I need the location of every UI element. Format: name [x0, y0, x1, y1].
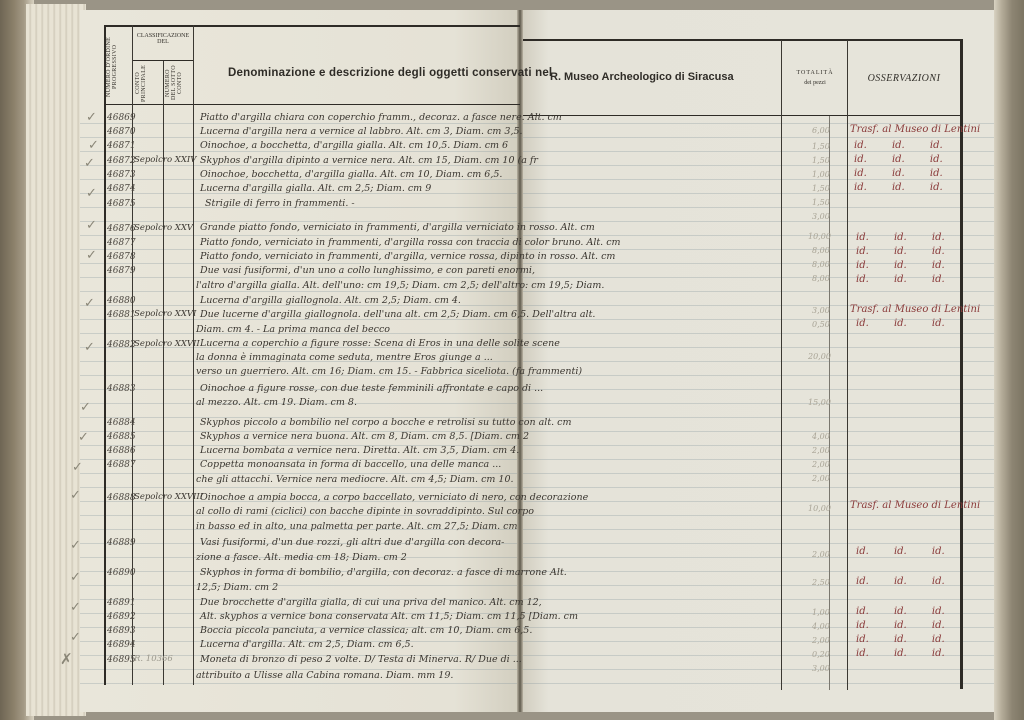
header-classificazione: Classificazione del [134, 33, 192, 45]
column-divider [163, 60, 164, 685]
observation-note: Trasf. al Museo di Lentini [850, 124, 980, 135]
entry-description: Diam. cm 4. - La prima manca del becco [196, 324, 390, 335]
observation-note: id. id. id. [856, 634, 945, 645]
entry-description: che gli attacchi. Vernice nera mediocre.… [196, 474, 514, 485]
observation-note: id. id. id. [856, 232, 945, 243]
observation-note: id. id. id. [856, 260, 945, 271]
check-mark-icon: ✓ [86, 248, 97, 263]
entry-number: 46894 [107, 640, 136, 650]
observation-note: id. id. id. [856, 576, 945, 587]
entry-description: Due brocchette d'argilla gialla, di cui … [200, 597, 542, 608]
header-totalita: TOTALITÀ [783, 70, 847, 76]
price-value: 0,20 [812, 650, 830, 659]
header-bottom-border [104, 104, 520, 105]
header-numero-sotto-conto: Numero del sotto conto [165, 64, 191, 102]
price-value: 4,00 [812, 432, 830, 441]
check-mark-icon: ✓ [72, 460, 83, 475]
price-value: 2,00 [812, 474, 830, 483]
observation-note: id. id. id. [856, 606, 945, 617]
price-value: 2,00 [812, 550, 830, 559]
page-title-left: Denominazione e descrizione degli oggett… [228, 67, 552, 79]
classification-divider [133, 60, 193, 61]
check-mark-icon: ✓ [84, 156, 95, 171]
entry-number: 46874 [107, 184, 136, 194]
observation-note: id. id. id. [854, 154, 943, 165]
check-mark-icon: ✓ [88, 138, 99, 153]
entry-description: Alt. skyphos a vernice bona conservata A… [200, 611, 578, 622]
header-osservazioni: OSSERVAZIONI [849, 73, 959, 84]
check-mark-icon: ✓ [70, 570, 81, 585]
table-left-border [104, 25, 106, 685]
column-divider [193, 25, 194, 685]
entry-description: Lucerna d'argilla. Alt. cm 2,5, Diam. cm… [200, 639, 414, 650]
observation-note: id. id. id. [856, 620, 945, 631]
entry-description: Piatto fondo, verniciato in frammenti, d… [200, 237, 621, 248]
check-mark-icon: ✓ [70, 488, 81, 503]
header-totalita-sub: dei pezzi [783, 80, 847, 86]
price-value: 1,50 [812, 156, 830, 165]
entry-number: 46893 [107, 626, 136, 636]
entry-description: al mezzo. Alt. cm 19. Diam. cm 8. [196, 397, 357, 408]
price-value: 6,00 [812, 126, 830, 135]
entry-number: 46883 [107, 384, 136, 394]
observation-note: id. id. id. [854, 168, 943, 179]
book-binding-right [994, 0, 1024, 720]
entry-description: Grande piatto fondo, verniciato in framm… [200, 222, 595, 233]
entry-description: Skyphos piccolo a bombilio nel corpo a b… [200, 417, 572, 428]
price-value: 8,00 [812, 260, 830, 269]
entry-description: verso un guerriero. Alt. cm 16; Diam. cm… [196, 366, 582, 377]
entry-number: 46871 [107, 141, 136, 151]
check-mark-icon: ✓ [84, 296, 95, 311]
entry-description: 12,5; Diam. cm 2 [196, 582, 278, 593]
entry-description: Lucerna bombata a vernice nera. Diretta.… [200, 445, 519, 456]
entry-description: Piatto fondo, verniciato in frammenti, d… [200, 251, 615, 262]
entry-number: 46888 [107, 493, 136, 503]
entry-classification: Sepolcro XXVII [134, 339, 200, 349]
entry-number: 46880 [107, 296, 136, 306]
column-divider [132, 25, 133, 685]
price-value: 2,00 [812, 460, 830, 469]
price-value: 0,50 [812, 320, 830, 329]
column-divider [781, 40, 782, 690]
entry-classification: Sepolcro XXVI [134, 309, 196, 319]
check-mark-icon: ✓ [70, 538, 81, 553]
entry-description: Oinochoe, a bocchetta, d'argilla gialla.… [200, 140, 508, 151]
entry-description: Lucerna d'argilla nera a vernice al labb… [200, 126, 523, 137]
table-top-border [523, 39, 963, 41]
price-value: 2,00 [812, 446, 830, 455]
entry-description: attribuito a Ulisse alla Cabina romana. … [196, 670, 453, 681]
entry-description: Boccia piccola panciuta, a vernice class… [200, 625, 532, 636]
observation-note: id. id. id. [856, 318, 945, 329]
entry-classification: Sepolcro XXVIII [134, 492, 203, 502]
price-value: 1,50 [812, 142, 830, 151]
price-value: 3,00 [812, 212, 830, 221]
entry-number: 46878 [107, 252, 136, 262]
entry-description: Oinochoe a ampia bocca, a corpo baccella… [200, 492, 588, 503]
entry-number: 46884 [107, 418, 136, 428]
entry-description: Strigile di ferro in frammenti. - [205, 198, 355, 209]
entry-description: in basso ed in alto, una palmetta per pa… [196, 521, 517, 532]
entry-number: 46877 [107, 238, 136, 248]
check-mark-icon: ✓ [86, 110, 97, 125]
check-mark-icon: ✓ [80, 400, 91, 415]
entry-description: Skyphos in forma di bombilio, d'argilla,… [200, 567, 567, 578]
entry-description: la donna è immaginata come seduta, mentr… [196, 352, 493, 363]
entry-number: 46882 [107, 340, 136, 350]
price-value: 1,50 [812, 184, 830, 193]
observation-note: id. id. id. [856, 546, 945, 557]
header-bottom-border [523, 115, 963, 116]
observation-note: id. id. id. [856, 648, 945, 659]
entry-number: 46895 [107, 655, 136, 665]
check-mark-icon: ✓ [84, 340, 95, 355]
table-top-border [104, 25, 520, 27]
price-value: 2,00 [812, 636, 830, 645]
entry-number: 46873 [107, 170, 136, 180]
entry-classification: Sepolcro XXIV [134, 155, 196, 165]
price-value: 1,00 [812, 170, 830, 179]
entry-number: 46892 [107, 612, 136, 622]
entry-description: Piatto d'argilla chiara con coperchio fr… [200, 112, 562, 123]
price-value: 8,00 [812, 246, 830, 255]
observation-note: id. id. id. [854, 182, 943, 193]
entry-description: Vasi fusiformi, d'un due rozzi, gli altr… [200, 537, 504, 548]
entry-number: 46872 [107, 156, 136, 166]
entry-description: l'altro d'argilla gialla. Alt. dell'uno:… [196, 280, 604, 291]
entry-description: Lucerna d'argilla gialla. Alt. cm 2,5; D… [200, 183, 431, 194]
entry-number: 46869 [107, 113, 136, 123]
check-mark-icon: ✓ [78, 430, 89, 445]
entry-number: 46875 [107, 199, 136, 209]
cross-mark-icon: ✗ [60, 650, 73, 668]
entry-number: 46876 [107, 224, 136, 234]
entry-number: 46889 [107, 538, 136, 548]
entry-description: Due lucerne d'argilla giallognola. dell'… [200, 309, 595, 320]
entry-number: 46886 [107, 446, 136, 456]
price-value: 2,50 [812, 578, 830, 587]
header-numero-ordine: Numero d'ordine progressivo [106, 36, 130, 98]
entry-number: 46890 [107, 568, 136, 578]
column-divider [847, 40, 848, 690]
check-mark-icon: ✓ [86, 186, 97, 201]
check-mark-icon: ✓ [70, 630, 81, 645]
price-value: 20,00 [808, 352, 831, 361]
table-right-border [960, 39, 963, 689]
entry-description: Due vasi fusiformi, d'un uno a collo lun… [200, 265, 535, 276]
entry-description: zione a fasce. Alt. media cm 18; Diam. c… [196, 552, 407, 563]
entry-description: Lucerna a coperchio a figure rosse: Scen… [200, 338, 560, 349]
observation-note: Trasf. al Museo di Lentini [850, 304, 980, 315]
entry-description: Skyphos d'argilla dipinto a vernice nera… [200, 155, 538, 166]
entry-description: Moneta di bronzo di peso 2 volte. D/ Tes… [200, 654, 522, 665]
price-value: 1,00 [812, 608, 830, 617]
entry-description: Oinochoe a figure rosse, con due teste f… [200, 383, 543, 394]
entry-number: 46885 [107, 432, 136, 442]
check-mark-icon: ✓ [70, 600, 81, 615]
entry-description: Skyphos a vernice nera buona. Alt. cm 8,… [200, 431, 529, 442]
entry-description: Oinochoe, bocchetta, d'argilla gialla. A… [200, 169, 502, 180]
observation-note: id. id. id. [854, 140, 943, 151]
entry-classification: Sepolcro XXV [134, 223, 193, 233]
entry-number: 46870 [107, 127, 136, 137]
price-value: 10,00 [808, 232, 831, 241]
price-value: 8,00 [812, 274, 830, 283]
entry-number: 46887 [107, 460, 136, 470]
price-value: 3,00 [812, 306, 830, 315]
entry-number: 46879 [107, 266, 136, 276]
price-value: 15,00 [808, 398, 831, 407]
entry-number: 46891 [107, 598, 136, 608]
observation-note: Trasf. al Museo di Lentini [850, 500, 980, 511]
entry-description: Coppetta monoansata in forma di baccello… [200, 459, 501, 470]
price-value: 3,00 [812, 664, 830, 673]
entry-description: Lucerna d'argilla giallognola. Alt. cm 2… [200, 295, 461, 306]
price-value: 10,00 [808, 504, 831, 513]
price-value: 4,00 [812, 622, 830, 631]
price-value: 1,50 [812, 198, 830, 207]
check-mark-icon: ✓ [86, 218, 97, 233]
ruled-lines [520, 110, 994, 692]
entry-number: 46881 [107, 310, 136, 320]
entry-description: al collo di rami (ciclici) con bacche di… [196, 506, 534, 517]
page-title-right: R. Museo Archeologico di Siracusa [550, 71, 734, 83]
header-conto-principale: Conto principale [135, 64, 161, 102]
entry-classification: R. 10366 [134, 654, 173, 664]
observation-note: id. id. id. [856, 274, 945, 285]
observation-note: id. id. id. [856, 246, 945, 257]
